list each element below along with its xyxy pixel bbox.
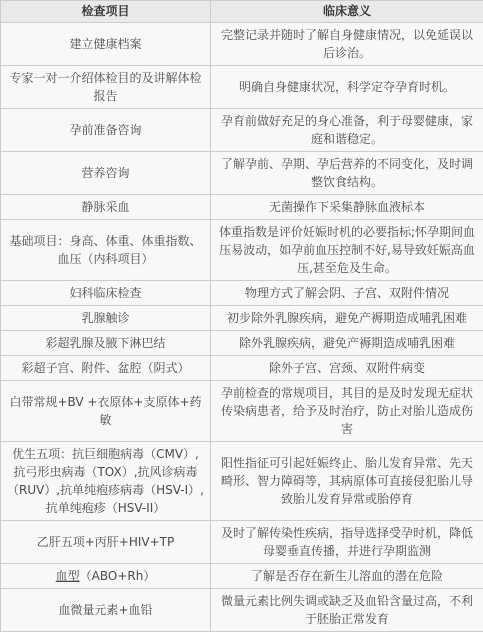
exam-table-body: 建立健康档案完整记录并随时了解自身健康情况，以免延误以后诊治。专家一对一介绍体检…: [1, 23, 483, 632]
exam-item-cell: 彩超乳腺及腋下淋巴结: [1, 331, 211, 356]
table-row: 专家一对一介绍体检目的及讲解体检报告明确自身健康状况，科学定夺孕育时机。: [1, 66, 483, 109]
exam-item-cell: 优生五项：抗巨细胞病毒（CMV）,抗弓形虫病毒（TOX）,抗风诊病毒（RUV）,…: [1, 442, 211, 521]
blood-type-link[interactable]: 血型: [56, 569, 80, 583]
table-row: 静脉采血无菌操作下采集静脉血液标本: [1, 195, 483, 220]
clinical-meaning-cell: 及时了解传染性疾病，指导选择受孕时机，降低母婴垂直传播，并进行孕期监测: [211, 521, 483, 564]
column-header-clinical-meaning: 临床意义: [211, 1, 483, 23]
exam-item-cell: 彩超子宫、附件、盆腔（阴式）: [1, 356, 211, 381]
clinical-meaning-cell: 初步除外乳腺疾病，避免产褥期造成哺乳困难: [211, 306, 483, 331]
table-row: 妇科临床检查物理方式了解会阴、子宫、双附件情况: [1, 281, 483, 306]
clinical-meaning-cell: 完整记录并随时了解自身健康情况，以免延误以后诊治。: [211, 23, 483, 66]
table-row: 基础项目：身高、体重、体重指数、血压（内科项目）体重指数是评价妊娠时机的必要指标…: [1, 220, 483, 281]
table-row: 乳腺触诊初步除外乳腺疾病，避免产褥期造成哺乳困难: [1, 306, 483, 331]
clinical-meaning-cell: 微量元素比例失调或缺乏及血铅含量过高，不利于胚胎正常发育: [211, 589, 483, 632]
table-header-row: 检查项目 临床意义: [1, 1, 483, 23]
exam-item-cell: 血微量元素+血铅: [1, 589, 211, 632]
exam-item-cell: 妇科临床检查: [1, 281, 211, 306]
table-row: 建立健康档案完整记录并随时了解自身健康情况，以免延误以后诊治。: [1, 23, 483, 66]
clinical-meaning-cell: 孕育前做好充足的身心准备，利于母婴健康，家庭和谐稳定。: [211, 109, 483, 152]
clinical-meaning-cell: 阳性指征可引起妊娠终止、胎儿发育异常、先天畸形、智力障碍等，其病原体可直接侵犯胎…: [211, 442, 483, 521]
preconception-checkup-table: 检查项目 临床意义 建立健康档案完整记录并随时了解自身健康情况，以免延误以后诊治…: [0, 0, 483, 632]
exam-item-cell: 建立健康档案: [1, 23, 211, 66]
table-row: 优生五项：抗巨细胞病毒（CMV）,抗弓形虫病毒（TOX）,抗风诊病毒（RUV）,…: [1, 442, 483, 521]
exam-item-cell: 基础项目：身高、体重、体重指数、血压（内科项目）: [1, 220, 211, 281]
table-row: 血微量元素+血铅微量元素比例失调或缺乏及血铅含量过高，不利于胚胎正常发育: [1, 589, 483, 632]
exam-item-cell: 孕前准备咨询: [1, 109, 211, 152]
exam-item-cell: 专家一对一介绍体检目的及讲解体检报告: [1, 66, 211, 109]
clinical-meaning-cell: 除外子宫、宫颈、双附件病变: [211, 356, 483, 381]
clinical-meaning-cell: 无菌操作下采集静脉血液标本: [211, 195, 483, 220]
exam-item-cell: 乙肝五项+丙肝+HIV+TP: [1, 521, 211, 564]
clinical-meaning-cell: 物理方式了解会阴、子宫、双附件情况: [211, 281, 483, 306]
clinical-meaning-cell: 孕前检查的常规项目，其目的是及时发现无症状传染病患者，给予及时治疗，防止对胎儿造…: [211, 381, 483, 442]
exam-item-cell: 血型（ABO+Rh）: [1, 564, 211, 589]
table-row: 乙肝五项+丙肝+HIV+TP及时了解传染性疾病，指导选择受孕时机，降低母婴垂直传…: [1, 521, 483, 564]
clinical-meaning-cell: 明确自身健康状况，科学定夺孕育时机。: [211, 66, 483, 109]
table-row: 孕前准备咨询孕育前做好充足的身心准备，利于母婴健康，家庭和谐稳定。: [1, 109, 483, 152]
clinical-meaning-cell: 体重指数是评价妊娠时机的必要指标;怀孕期间血压易波动，如孕前血压控制不好,易导致…: [211, 220, 483, 281]
exam-item-cell: 乳腺触诊: [1, 306, 211, 331]
clinical-meaning-cell: 了解是否存在新生儿溶血的潜在危险: [211, 564, 483, 589]
column-header-exam-item: 检查项目: [1, 1, 211, 23]
exam-item-cell: 营养咨询: [1, 152, 211, 195]
table-row: 彩超子宫、附件、盆腔（阴式）除外子宫、宫颈、双附件病变: [1, 356, 483, 381]
clinical-meaning-cell: 了解孕前、孕期、孕后营养的不同变化，及时调整饮食结构。: [211, 152, 483, 195]
table-row: 彩超乳腺及腋下淋巴结除外乳腺疾病，避免产褥期造成哺乳困难: [1, 331, 483, 356]
exam-item-cell: 白带常规+BV +衣原体+支原体+药敏: [1, 381, 211, 442]
exam-item-cell: 静脉采血: [1, 195, 211, 220]
table-row: 营养咨询了解孕前、孕期、孕后营养的不同变化，及时调整饮食结构。: [1, 152, 483, 195]
table-row: 血型（ABO+Rh）了解是否存在新生儿溶血的潜在危险: [1, 564, 483, 589]
table-row: 白带常规+BV +衣原体+支原体+药敏孕前检查的常规项目，其目的是及时发现无症状…: [1, 381, 483, 442]
clinical-meaning-cell: 除外乳腺疾病，避免产褥期造成哺乳困难: [211, 331, 483, 356]
